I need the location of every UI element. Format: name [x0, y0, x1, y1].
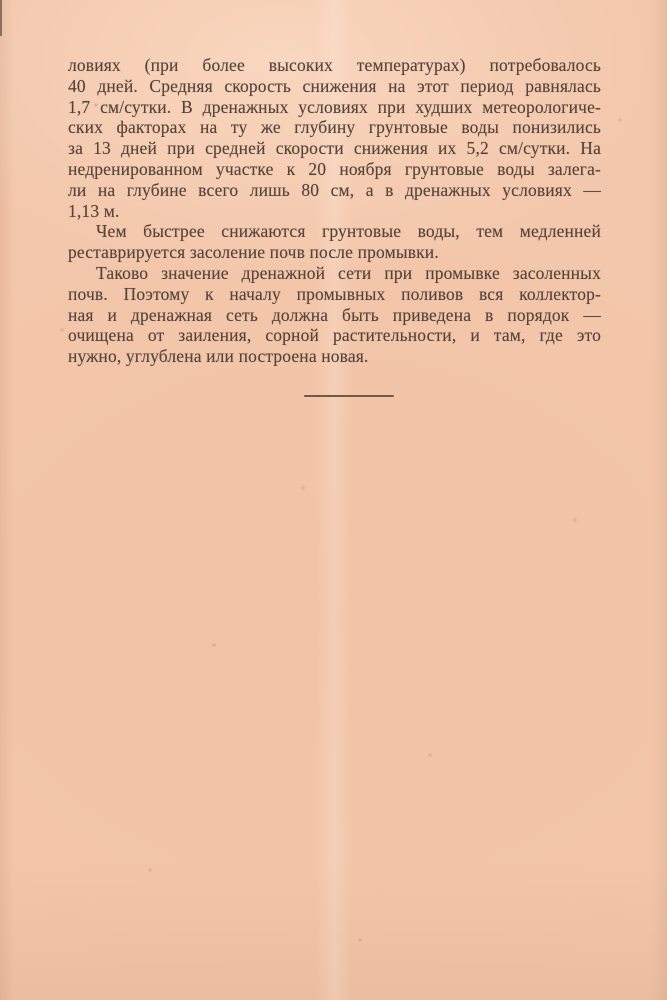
text-line: 1,13 м. [68, 201, 601, 222]
section-divider [304, 395, 394, 397]
text-line: 1,7 см/сутки. В дренажных условиях при х… [68, 97, 601, 118]
text-line: 40 дней. Средняя скорость снижения на эт… [68, 76, 601, 97]
scanned-page: ловиях (при более высоких температурах) … [0, 0, 667, 1000]
text-line: за 13 дней при средней скорости снижения… [68, 138, 601, 159]
text-line: очищена от заиления, сорной растительнос… [68, 325, 601, 346]
text-line: Таково значение дренажной сети при промы… [68, 263, 601, 284]
text-line: ли на глубине всего лишь 80 см, а в дрен… [68, 180, 601, 201]
text-line: ловиях (при более высоких температурах) … [68, 55, 601, 76]
text-line: почв. Поэтому к началу промывных поливов… [68, 284, 601, 305]
text-block: ловиях (при более высоких температурах) … [68, 55, 601, 367]
text-line: недренированном участке к 20 ноября грун… [68, 159, 601, 180]
text-line: Чем быстрее снижаются грунтовые воды, те… [68, 221, 601, 242]
text-line: реставрируется засоление почв после пром… [68, 242, 601, 263]
scan-edge-artifact [0, 0, 2, 36]
text-line: нужно, углублена или построена новая. [68, 346, 601, 367]
text-line: ная и дренажная сеть должна быть приведе… [68, 305, 601, 326]
text-line: ских факторах на ту же глубину грунтовые… [68, 117, 601, 138]
